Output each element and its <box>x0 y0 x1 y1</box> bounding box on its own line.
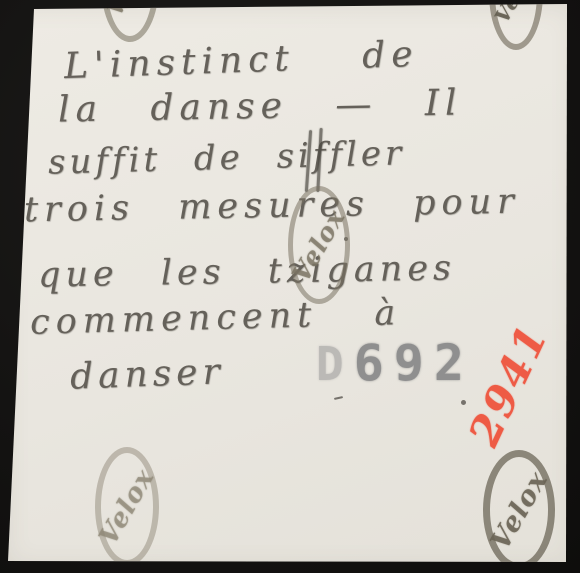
velox-watermark-stamp-top-right: Velox <box>489 0 543 50</box>
handwriting-line-4: trois mesures pour <box>24 182 520 231</box>
handwriting-line-2: la danse — Il <box>58 82 463 130</box>
handwriting-line-5: que les tziganes <box>38 248 457 295</box>
photo-scan: L'instinct de la danse — Il suffit de si… <box>0 0 580 573</box>
velox-watermark-stamp-bottom-right: Velox <box>483 450 555 570</box>
velox-stamp-label: Velox <box>484 465 553 554</box>
handwriting-line-1: L'instinct de <box>63 34 419 87</box>
photo-card-verso: L'instinct de la danse — Il suffit de si… <box>0 0 580 573</box>
velox-watermark-stamp-center: Velox <box>288 186 350 304</box>
handwriting-line-7: danser <box>69 351 225 397</box>
catalog-number-stamp: D692 <box>316 334 474 392</box>
velox-stamp-label: Velox <box>490 0 543 27</box>
velox-watermark-stamp-bottom-left: Velox <box>95 447 159 566</box>
velox-stamp-label: Velox <box>102 0 157 19</box>
catalog-number-digits: 692 <box>354 334 474 392</box>
velox-stamp-label: Velox <box>287 204 352 287</box>
catalog-number-prefix: D <box>316 337 354 391</box>
handwriting-line-3: suffit de siffler <box>48 133 406 182</box>
pencil-speck <box>461 400 466 405</box>
pencil-speck <box>334 396 343 400</box>
velox-watermark-stamp-top-left: Velox <box>101 0 159 42</box>
velox-stamp-label: Velox <box>93 463 160 549</box>
